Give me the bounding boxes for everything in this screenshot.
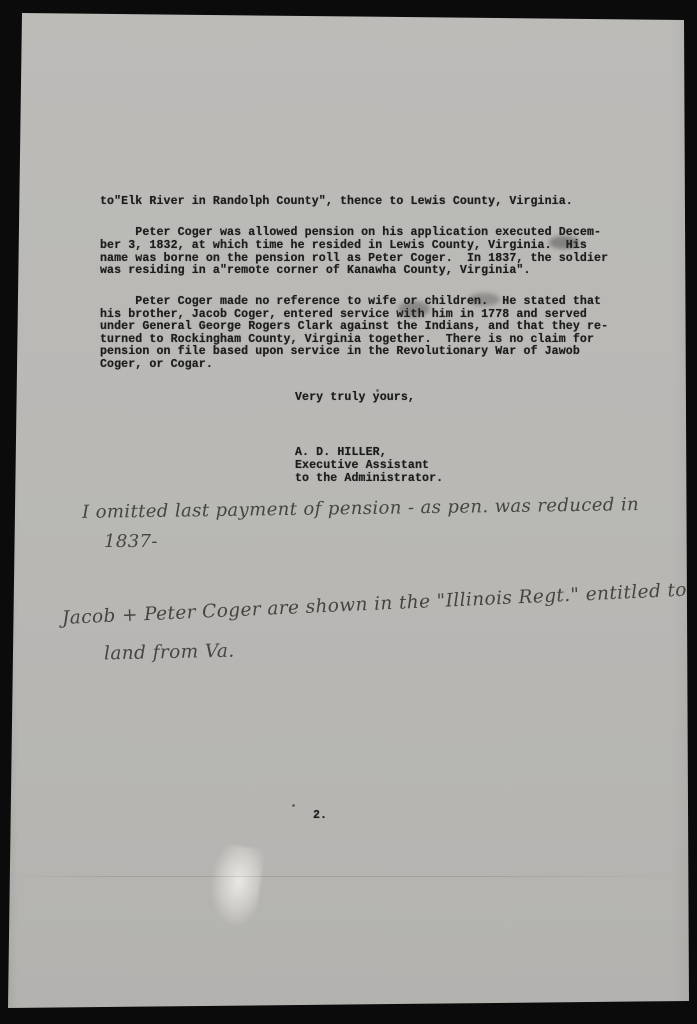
handwritten-note-regiment-line1: Jacob + Peter Coger are shown in the "Il…	[62, 580, 688, 629]
scanned-document-page: to"Elk River in Randolph County", thence…	[0, 0, 697, 1024]
paper-damage-blob	[207, 843, 265, 927]
letter-paragraph-3: Peter Coger made no reference to wife or…	[100, 296, 608, 371]
letter-paragraph-1: to"Elk River in Randolph County", thence…	[100, 196, 573, 209]
paper-sheet: to"Elk River in Randolph County", thence…	[0, 0, 697, 1024]
signature-name: A. D. HILLER,	[295, 447, 387, 460]
scan-scratch-line	[10, 876, 686, 877]
handwritten-note-pension-line1: I omitted last payment of pension - as p…	[82, 494, 639, 523]
paper-speck	[292, 804, 295, 807]
handwritten-note-regiment-line2: land from Va.	[104, 641, 235, 665]
letter-paragraph-2: Peter Coger was allowed pension on his a…	[100, 227, 608, 278]
signature-title-line2: to the Administrator.	[295, 473, 443, 486]
page-number: 2.	[313, 810, 327, 823]
signature-title-line1: Executive Assistant	[295, 460, 429, 473]
handwritten-note-pension-line2: 1837-	[104, 531, 158, 552]
letter-closing: Very truly yours,	[295, 392, 415, 405]
